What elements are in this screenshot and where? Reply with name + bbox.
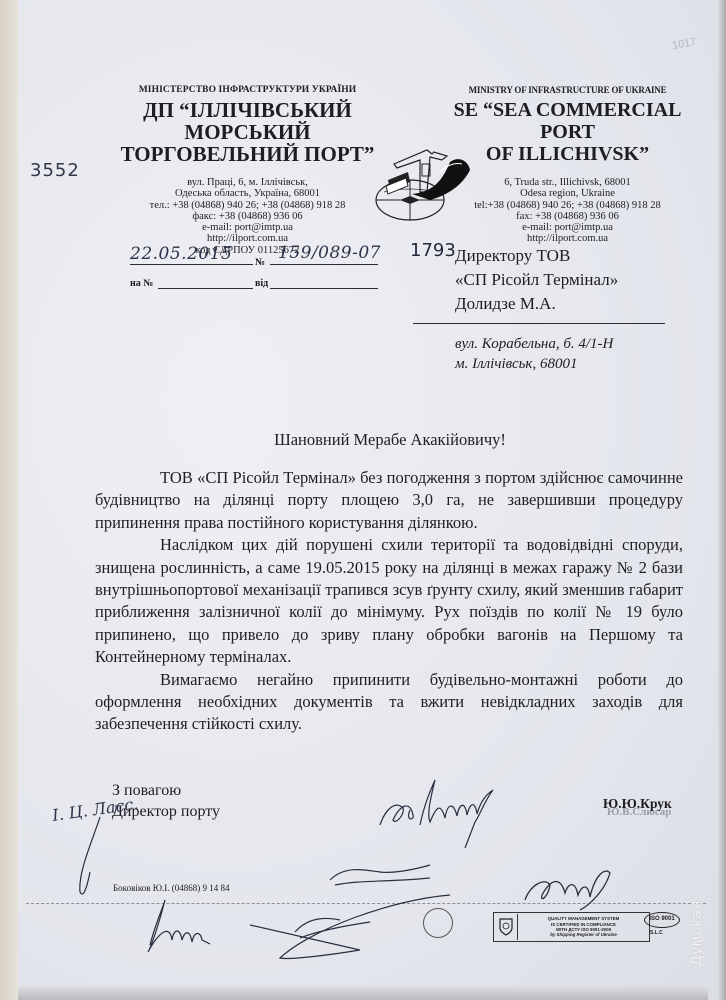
contact-line: e-mail: port@imtp.ua — [440, 222, 695, 233]
paragraph: Вимагаємо негайно припинити будівельно-м… — [95, 669, 683, 736]
org-name-ua-line1: ДП “ІЛЛІЧІВСЬКИЙ МОРСЬКИЙ — [95, 99, 400, 143]
port-seal-icon — [423, 908, 453, 938]
outgoing-date: 22.05.2015 — [130, 244, 232, 264]
contact-line: факс: +38 (04868) 936 06 — [95, 211, 400, 222]
date-underline — [130, 264, 253, 265]
iso-9001-badge: ISO 9001 — [644, 912, 680, 928]
registration-stamp-number: 3552 — [30, 160, 80, 181]
addressee-line: Долидзе М.А. — [455, 292, 618, 316]
resolution-stroke-icon — [70, 812, 110, 902]
org-name-en-line1: SE “SEA COMMERCIAL PORT — [440, 99, 695, 143]
watermark: Думская — [688, 900, 708, 966]
contact-line: e-mail: port@imtp.ua — [95, 222, 400, 233]
reply-from-underline — [270, 288, 378, 289]
paragraph: ТОВ «СП Рісойл Термінал» без погодження … — [95, 467, 683, 534]
port-logo-icon — [372, 142, 480, 222]
addressee: Директору ТОВ «СП Рісойл Термінал» Долид… — [455, 244, 618, 316]
number-underline — [270, 264, 378, 265]
salutation: Шановний Мерабе Акакійовичу! — [90, 430, 690, 450]
ministry-name-en: MINISTRY OF INFRASTRUCTURE OF UKRAINE — [440, 85, 695, 95]
reply-to-label: на № — [130, 278, 153, 289]
letterhead-ukrainian: МІНІСТЕРСТВО ІНФРАСТРУКТУРИ УКРАЇНИ ДП “… — [95, 85, 400, 256]
addressee-address: вул. Корабельна, б. 4/1-Н м. Іллічівськ,… — [455, 334, 613, 374]
shipping-register-emblem-icon — [494, 914, 518, 940]
letter-body: ТОВ «СП Рісойл Термінал» без погодження … — [95, 467, 683, 736]
addressee-line: «СП Рісойл Термінал» — [455, 268, 618, 292]
ministry-name-ua: МІНІСТЕРСТВО ІНФРАСТРУКТУРИ УКРАЇНИ — [95, 85, 400, 95]
address-line: м. Іллічівськ, 68001 — [455, 354, 613, 374]
scan-bottom-edge — [18, 985, 708, 1000]
quality-certificate-badge: QUALITY MANAGEMENT SYSTEM IS CERTIFIED I… — [493, 912, 650, 942]
contact-line: вул. Праці, 6, м. Іллічівськ, — [95, 177, 400, 188]
addressee-line: Директору ТОВ — [455, 244, 618, 268]
contact-line: Одеська область, Україна, 68001 — [95, 188, 400, 199]
reply-from-label: від — [255, 278, 268, 289]
incoming-number: 1793 — [410, 240, 456, 261]
contact-line: тел.: +38 (04868) 940 26; +38 (04868) 91… — [95, 200, 400, 211]
scan-edge-left — [0, 0, 18, 1000]
director-signature-icon — [375, 770, 515, 850]
slc-label: S.L.C — [650, 930, 663, 936]
signer-name: Ю.Ю.Крук — [603, 796, 672, 812]
outgoing-number: 159/089-07 — [278, 243, 381, 263]
org-name-ua-line2: ТОРГОВЕЛЬНИЙ ПОРТ” — [95, 143, 400, 165]
scan-edge-right — [718, 0, 726, 1000]
paragraph: Наслідком цих дій порушені схили територ… — [95, 534, 683, 668]
approval-signatures-icon — [130, 890, 460, 970]
number-label: № — [255, 257, 265, 268]
address-line: вул. Корабельна, б. 4/1-Н — [455, 334, 613, 354]
quality-certificate-text: QUALITY MANAGEMENT SYSTEM IS CERTIFIED I… — [518, 916, 649, 937]
reply-to-underline — [158, 288, 253, 289]
qms-line: by Shipping Register of Ukraine — [518, 932, 649, 937]
addressee-divider — [413, 323, 665, 324]
